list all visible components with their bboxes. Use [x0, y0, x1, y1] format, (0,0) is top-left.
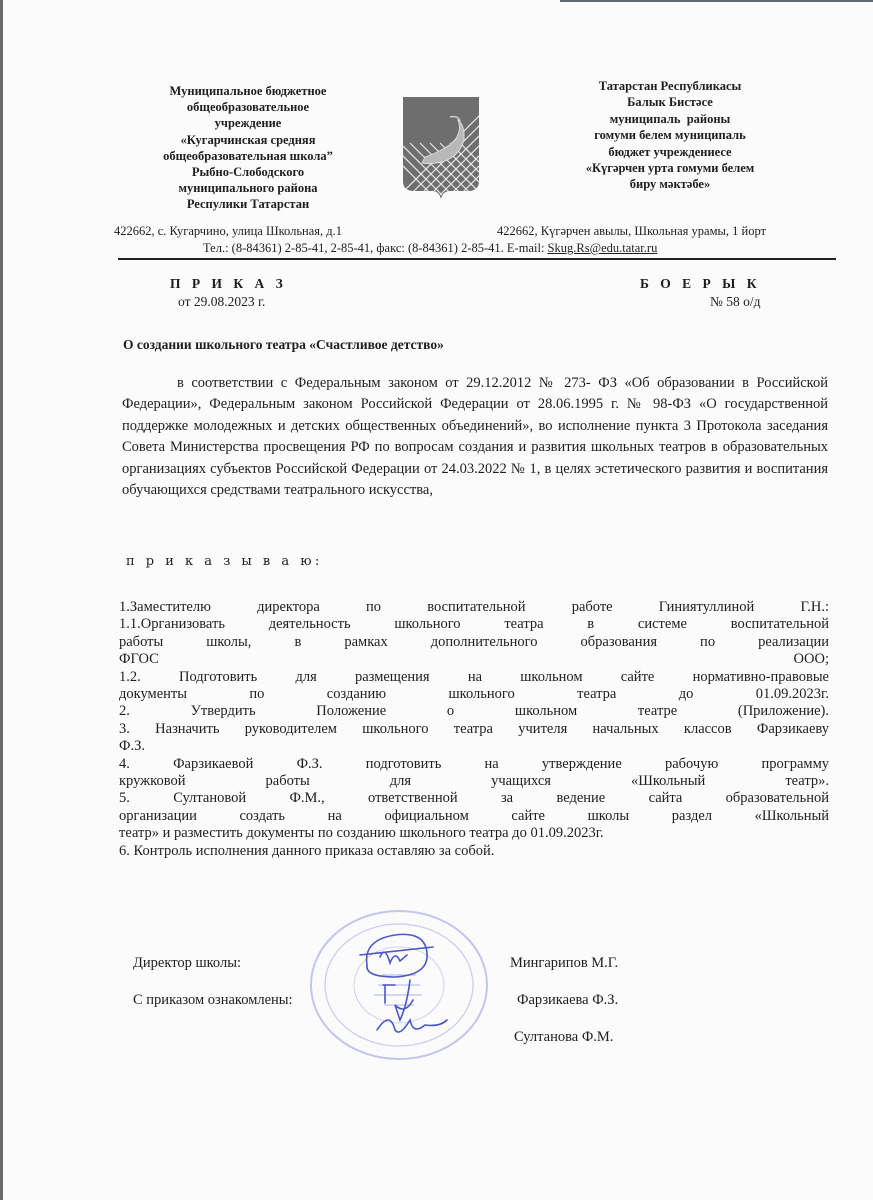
acknowledged-label: С приказом ознакомлены: — [133, 992, 293, 1009]
org-line: учреждение — [118, 115, 378, 131]
order-item: организации создать на официальном сайте… — [119, 808, 829, 825]
scan-edge-top — [560, 0, 873, 2]
order-item: 4. Фарзикаевой Ф.З. подготовить на утвер… — [119, 756, 829, 773]
order-item: 3. Назначить руководителем школьного теа… — [119, 721, 829, 738]
org-line: бюджет учреждениесе — [540, 144, 800, 160]
director-name: Мингарипов М.Г. — [510, 955, 618, 972]
acknowledged-name: Фарзикаева Ф.З. — [517, 992, 618, 1009]
contacts-phones: Тел.: (8-84361) 2-85-41, 2-85-41, факс: … — [203, 241, 548, 255]
handwritten-signature-icon — [355, 925, 515, 1055]
order-number: № 58 о/д — [710, 294, 761, 310]
org-line: муниципаль районы — [540, 111, 800, 127]
org-line: Респулики Татарстан — [118, 196, 378, 212]
order-item: 1.2. Подготовить для размещения на школь… — [119, 669, 829, 686]
order-item: 5. Султановой Ф.М., ответственной за вед… — [119, 790, 829, 807]
org-line: муниципального района — [118, 180, 378, 196]
order-item: работы школы, в рамках дополнительного о… — [119, 634, 829, 651]
order-item: 1.Заместителю директора по воспитательно… — [119, 599, 829, 616]
contacts-line: Тел.: (8-84361) 2-85-41, 2-85-41, факс: … — [203, 241, 657, 256]
order-item: Ф.З. — [119, 738, 829, 755]
order-item: документы по созданию школьного театра д… — [119, 686, 829, 703]
org-line: общеобразовательное — [118, 99, 378, 115]
order-item: театр» и разместить документы по создани… — [119, 825, 829, 842]
header-divider — [118, 258, 836, 260]
order-item: ФГОС ООО; — [119, 651, 829, 668]
org-line: Балык Бистәсе — [540, 94, 800, 110]
director-label: Директор школы: — [133, 955, 241, 972]
org-line: Рыбно-Слободского — [118, 164, 378, 180]
org-line: общеобразовательная школа” — [118, 148, 378, 164]
org-line: Татарстан Республикасы — [540, 78, 800, 94]
org-line: Муниципальное бюджетное — [118, 83, 378, 99]
coat-of-arms-icon — [400, 95, 482, 205]
order-items: 1.Заместителю директора по воспитательно… — [119, 599, 829, 860]
order-title-ru: П Р И К А З — [170, 276, 287, 292]
order-item: кружковой работы для учащихся «Школьный … — [119, 773, 829, 790]
order-subject: О создании школьного театра «Счастливое … — [123, 337, 444, 353]
org-line: «Күгәрчен урта гомуми белем — [540, 160, 800, 176]
order-date: от 29.08.2023 г. — [178, 294, 265, 310]
order-item: 2. Утвердить Положение о школьном театре… — [119, 703, 829, 720]
org-line: биру мәктәбе» — [540, 176, 800, 192]
letterhead-right-org: Татарстан Республикасы Балык Бистәсе мун… — [540, 78, 800, 193]
org-line: «Кугарчинская средняя — [118, 132, 378, 148]
orders-word: п р и к а з ы в а ю: — [126, 554, 323, 569]
letterhead-left-org: Муниципальное бюджетное общеобразователь… — [118, 83, 378, 213]
org-line: гомуми белем муниципаль — [540, 127, 800, 143]
address-right: 422662, Күгәрчен авылы, Школьная урамы, … — [497, 224, 766, 239]
scan-edge-left — [0, 0, 3, 1200]
order-item: 1.1.Организовать деятельность школьного … — [119, 616, 829, 633]
order-title-tt: Б О Е Р Ы К — [640, 276, 761, 292]
address-left: 422662, с. Кугарчино, улица Школьная, д.… — [114, 224, 342, 239]
email-link[interactable]: Skug.Rs@edu.tatar.ru — [548, 241, 658, 255]
preamble-paragraph: в соответствии с Федеральным законом от … — [122, 373, 828, 501]
order-item: 6. Контроль исполнения данного приказа о… — [119, 843, 829, 860]
acknowledged-name: Султанова Ф.М. — [514, 1029, 613, 1046]
